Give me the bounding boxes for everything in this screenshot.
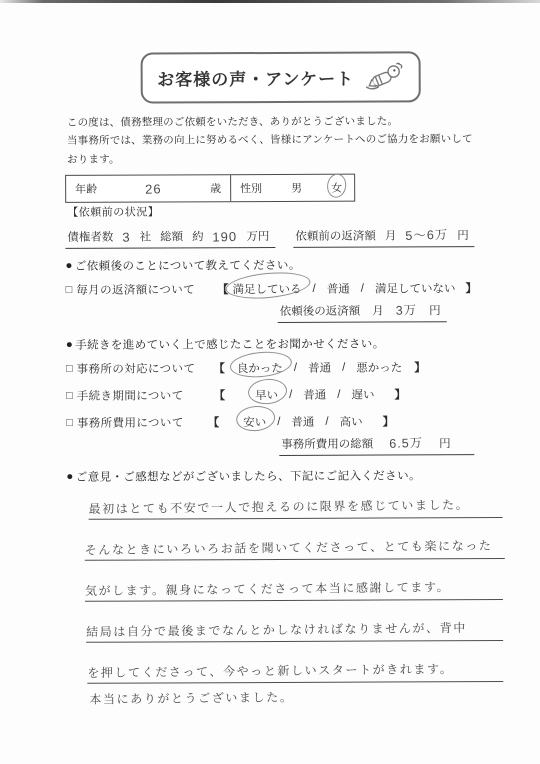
creditors-row: 債権者数 3 社 総額 約 190 万円 依頼前の返済額 月 5〜6万 円 <box>65 225 474 249</box>
comment-line: 最初はとても不安で一人で抱えるのに限界を感じていました。 <box>88 488 502 520</box>
option-normal: 普通 <box>304 360 335 376</box>
repay-before-label: 依頼前の返済額 <box>295 228 376 244</box>
total-value-handwritten: 190 <box>212 229 237 245</box>
age-cell: 年齢 26 歳 <box>66 175 231 202</box>
checkbox-icon: □ <box>66 284 73 296</box>
option-separator: / <box>270 416 287 428</box>
option-separator: / <box>287 362 304 374</box>
checkbox-icon: □ <box>66 417 73 429</box>
bracket-open: 【 <box>214 387 226 403</box>
repay-before-yen: 円 <box>457 227 469 243</box>
repay-after-row: 依頼後の返済額 月 3万 円 <box>278 300 447 323</box>
option-not-satisfied: 満足していない <box>371 280 460 296</box>
total-unit: 万円 <box>246 228 269 244</box>
question-label: 事務所費用について <box>77 414 184 430</box>
scanned-questionnaire: お客様の声・アンケート この度は、債務整理のご依頼をいただき、ありがとうございま… <box>0 0 540 764</box>
comment-line: 本当にありがとうございました。 <box>89 682 293 710</box>
total-approx: 約 <box>192 228 204 244</box>
repay-after-field: 依頼後の返済額 月 3万 円 <box>278 300 447 323</box>
comment-text: 気がします。親身になってくださって本当に感謝してます。 <box>85 578 450 599</box>
option-separator: / <box>282 389 299 401</box>
repay-before-month: 月 <box>385 227 397 243</box>
profile-table: 年齢 26 歳 性別 男 女 <box>65 174 355 203</box>
bracket-close: 】 <box>414 359 426 375</box>
fee-total-label: 事務所費用の総額 <box>281 436 373 452</box>
option-separator: / <box>318 416 335 428</box>
question-monthly-payment: □ 毎月の返済額について 【 満足している / 普通 / 満足していない 】 <box>66 280 477 298</box>
gender-option-female-selected: 女 <box>331 180 342 196</box>
creditors-unit: 社 <box>140 229 152 245</box>
bullet-icon: ● <box>66 471 73 483</box>
intro-line-2: 当事務所では、業務の向上に努めるべく、皆様にアンケートへのご協力をお願いしており… <box>67 130 483 169</box>
bracket-close: 】 <box>465 280 477 296</box>
repay-after-value-handwritten: 3万 <box>395 300 417 319</box>
option-normal: 普通 <box>323 281 354 297</box>
comment-line: 気がします。親身になってくださって本当に感謝してます。 <box>85 570 503 602</box>
comment-text: 結局は自分で最後までなんとかしなければなりませんが、背中 <box>86 619 467 640</box>
repay-after-label: 依頼後の返済額 <box>280 303 361 319</box>
bracket-open: 【 <box>217 281 229 297</box>
repay-before-value-handwritten: 5〜6万 <box>405 225 448 244</box>
question-office-response: □ 事務所の対応について 【 良かった / 普通 / 悪かった 】 <box>66 359 426 377</box>
age-value-handwritten: 26 <box>145 181 162 196</box>
option-fast-selected: 早い <box>251 387 282 403</box>
total-label: 総額 <box>160 228 183 244</box>
comment-line: を押してくださって、今やっと新しいスタートがきれます。 <box>87 652 503 684</box>
option-cheap-selected: 安い <box>239 414 270 430</box>
option-separator: / <box>354 283 371 295</box>
creditors-field: 債権者数 3 社 総額 約 190 万円 <box>65 226 275 249</box>
question-procedure-period: □ 手続き期間について 【 早い / 普通 / 遅い 】 <box>66 386 406 403</box>
comment-text: そんなときにいろいろお話を聞いてくださって、とても楽になった <box>85 537 493 559</box>
question-office-fee: □ 事務所費用について 【 安い / 普通 / 高い 】 <box>66 413 394 430</box>
bullet-icon: ● <box>66 339 73 351</box>
fee-total-value-handwritten: 6.5万 <box>389 433 423 452</box>
question-label: 手続き期間について <box>77 387 184 403</box>
pencil-character-icon <box>364 62 404 91</box>
bracket-open: 【 <box>213 360 225 376</box>
repay-before-field: 依頼前の返済額 月 5〜6万 円 <box>293 225 475 248</box>
question-label: 毎月の返済額について <box>76 281 195 298</box>
creditors-label: 債権者数 <box>67 229 113 245</box>
comment-text: 本当にありがとうございました。 <box>89 688 293 707</box>
process-section-heading-row: ● 手続きを進めていく上で感じたことをお聞かせください。 <box>66 335 385 352</box>
option-separator: / <box>306 283 323 295</box>
age-label: 年齢 <box>75 181 97 197</box>
process-section-heading: 手続きを進めていく上で感じたことをお聞かせください。 <box>75 335 384 352</box>
bullet-icon: ● <box>65 260 72 272</box>
comment-text: 最初はとても不安で一人で抱えるのに限界を感じていました。 <box>88 496 469 517</box>
comment-text: を押してくださって、今やっと新しいスタートがきれます。 <box>87 660 453 681</box>
comments-section-heading: ご意見・ご感想などがございましたら、下記にご記入ください。 <box>76 467 421 485</box>
age-unit: 歳 <box>210 180 221 196</box>
option-expensive: 高い <box>336 414 367 430</box>
repay-after-month: 月 <box>372 303 384 319</box>
checkbox-icon: □ <box>66 363 73 375</box>
option-satisfied-selected: 満足している <box>228 281 305 297</box>
option-slow: 遅い <box>347 387 378 403</box>
option-bad: 悪かった <box>352 359 406 375</box>
intro-paragraph: この度は、債務整理のご依頼をいただき、ありがとうございました。 当事務所では、業… <box>67 112 483 169</box>
question-label: 事務所の対応について <box>77 360 196 377</box>
comment-line: 結局は自分で最後までなんとかしなければなりませんが、背中 <box>86 611 503 643</box>
option-separator: / <box>330 389 347 401</box>
gender-cell: 性別 男 女 <box>231 175 354 202</box>
option-separator: / <box>335 362 352 374</box>
after-section-heading-row: ● ご依頼後のことについて教えてください。 <box>65 257 300 274</box>
page-title: お客様の声・アンケート <box>157 65 354 91</box>
option-normal: 普通 <box>299 387 330 403</box>
after-section-heading: ご依頼後のことについて教えてください。 <box>75 257 301 274</box>
gender-label: 性別 <box>240 180 262 196</box>
bracket-close: 】 <box>383 413 395 429</box>
fee-total-row: 事務所費用の総額 6.5万 円 <box>279 433 474 456</box>
creditors-value-handwritten: 3 <box>122 230 131 245</box>
repay-after-yen: 円 <box>429 302 441 318</box>
gender-option-male: 男 <box>291 180 302 196</box>
before-section-heading: 【依頼前の状況】 <box>67 203 159 219</box>
title-box: お客様の声・アンケート <box>141 51 421 103</box>
fee-total-field: 事務所費用の総額 6.5万 円 <box>279 433 474 456</box>
option-normal: 普通 <box>287 414 318 430</box>
fee-total-yen: 円 <box>439 435 451 451</box>
comment-line: そんなときにいろいろお話を聞いてくださって、とても楽になった <box>85 529 505 561</box>
checkbox-icon: □ <box>66 390 73 402</box>
bracket-open: 【 <box>208 414 220 430</box>
intro-line-1: この度は、債務整理のご依頼をいただき、ありがとうございました。 <box>67 112 483 132</box>
option-good-selected: 良かった <box>233 360 287 376</box>
comments-section-heading-row: ● ご意見・ご感想などがございましたら、下記にご記入ください。 <box>66 467 421 485</box>
bracket-close: 】 <box>394 386 406 402</box>
